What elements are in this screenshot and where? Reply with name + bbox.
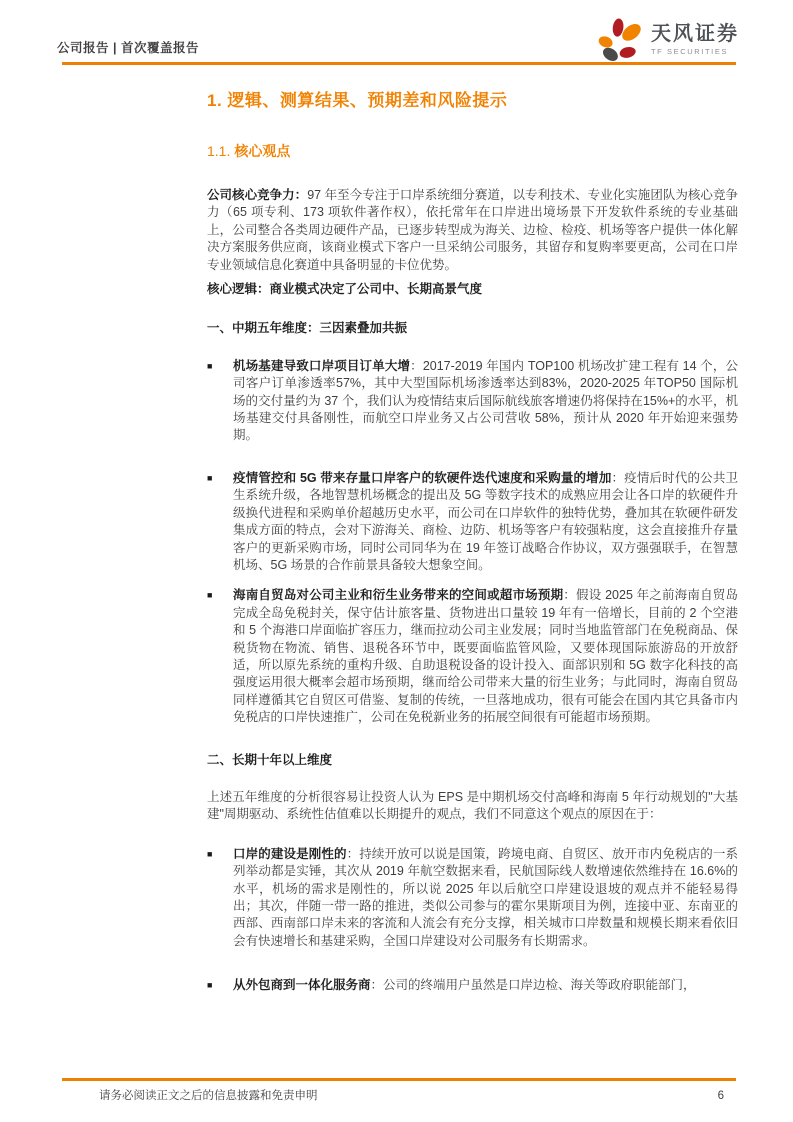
page-number: 6 [718, 1090, 724, 1102]
paragraph-long-term-intro: 上述五年维度的分析很容易让投资人认为 EPS 是中期机场交付高峰和海南 5 年行… [207, 789, 738, 824]
bullet-airport-orders: ■ 机场基建导致口岸项目订单大增：2017-2019 年国内 TOP100 机场… [207, 358, 738, 445]
bullet-square-icon: ■ [207, 846, 233, 950]
footer-disclaimer: 请务必阅读正文之后的信息披露和免责申明 [99, 1087, 318, 1103]
brand-subtitle: TF SECURITIES [651, 48, 739, 56]
brand-name: 天风证券 [651, 24, 739, 45]
section-title: 1. 逻辑、测算结果、预期差和风险提示 [207, 86, 738, 111]
subsection-heading: 1.1.核心观点 [207, 141, 738, 161]
footer-divider [62, 1078, 736, 1081]
subsection-number: 1.1. [207, 143, 230, 159]
bullet-square-icon: ■ [207, 470, 233, 574]
bullet-square-icon: ■ [207, 358, 233, 445]
tf-securities-flower-icon [597, 18, 643, 62]
subsection-label: 核心观点 [234, 143, 290, 159]
paragraph-core-competitiveness: 公司核心竞争力：97 年至今专注于口岸系统细分赛道，以专利技术、专业化实施团队为… [207, 187, 738, 274]
bullet-outsourcing-to-integrated: ■ 从外包商到一体化服务商：公司的终端用户虽然是口岸边检、海关等政府职能部门， [207, 977, 738, 994]
bullet-hainan-freetrade: ■ 海南自贸岛对公司主业和衍生业务带来的空间或超市场预期：假设 2025 年之前… [207, 587, 738, 726]
bullet-square-icon: ■ [207, 977, 233, 994]
footer: 请务必阅读正文之后的信息披露和免责申明 6 [99, 1087, 724, 1103]
bullet-square-icon: ■ [207, 587, 233, 726]
report-page: 公司报告 | 首次覆盖报告 天风证券 TF SECURITIES 1. 逻辑、测… [0, 0, 793, 1122]
bullet-pandemic-5g: ■ 疫情管控和 5G 带来存量口岸客户的软硬件迭代速度和采购量的增加：疫情后时代… [207, 470, 738, 574]
mid-term-subheading: 一、中期五年维度：三因素叠加共振 [207, 320, 738, 337]
bullet-port-construction-rigid: ■ 口岸的建设是刚性的：持续开放可以说是国策，跨境电商、自贸区、放开市内免税店的… [207, 846, 738, 950]
long-term-subheading: 二、长期十年以上维度 [207, 752, 738, 769]
core-logic-line: 核心逻辑：商业模式决定了公司中、长期高景气度 [207, 281, 738, 298]
report-body: 1. 逻辑、测算结果、预期差和风险提示 1.1.核心观点 公司核心竞争力：97 … [207, 64, 738, 995]
brand-logo: 天风证券 TF SECURITIES [597, 18, 739, 62]
report-type-label: 公司报告 | 首次覆盖报告 [57, 38, 199, 56]
